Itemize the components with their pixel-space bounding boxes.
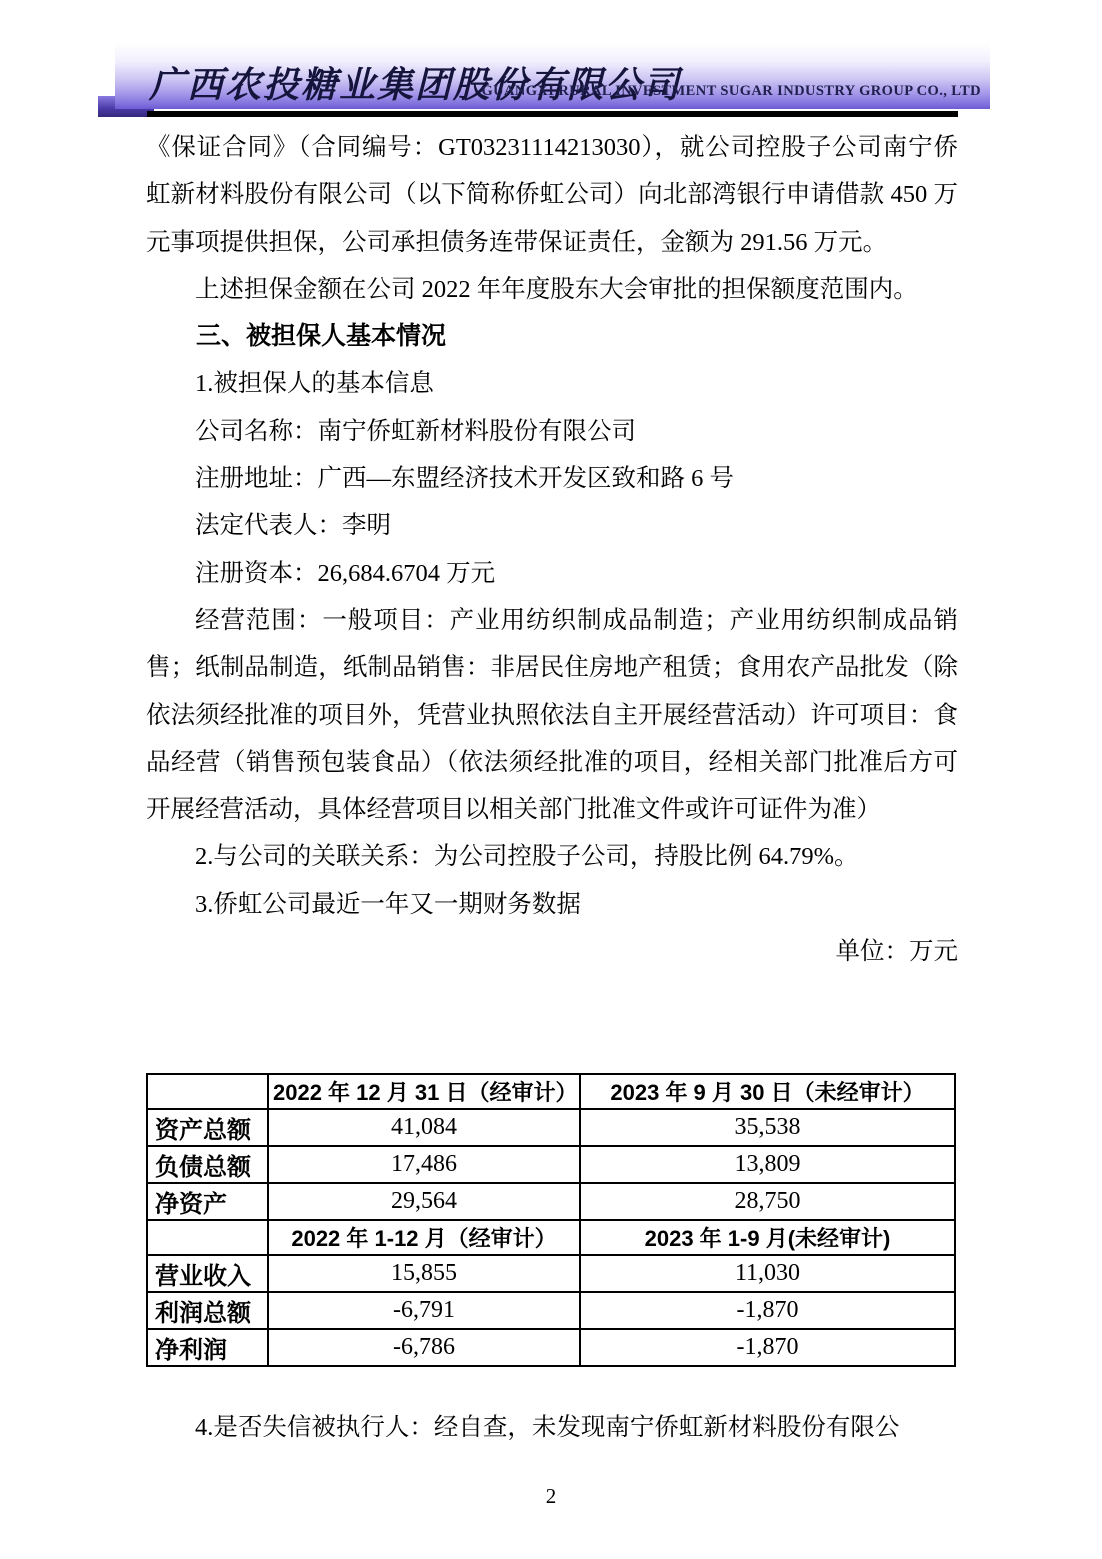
table-cell <box>147 1074 268 1109</box>
table-cell: 资产总额 <box>147 1109 268 1146</box>
paragraph-business-scope: 经营范围：一般项目：产业用纺织制成品制造；产业用纺织制成品销售；纸制品制造，纸制… <box>146 597 958 833</box>
table-cell: -1,870 <box>580 1292 955 1329</box>
table-cell: 17,486 <box>268 1146 580 1183</box>
table-cell: 2023 年 9 月 30 日（未经审计） <box>580 1074 955 1109</box>
table-cell: -1,870 <box>580 1329 955 1366</box>
table-cell: 2023 年 1-9 月(未经审计) <box>580 1220 955 1255</box>
header-banner: 广西农投糖业集团股份有限公司 GUANGXI RURAL INVESTMENT … <box>115 43 990 109</box>
financial-table: 2022 年 12 月 31 日（经审计） 2023 年 9 月 30 日（未经… <box>146 1073 956 1367</box>
unit-label: 单位：万元 <box>146 928 958 975</box>
company-name-en: GUANGXI RURAL INVESTMENT SUGAR INDUSTRY … <box>481 83 981 100</box>
table-cell <box>147 1220 268 1255</box>
paragraph-quota: 上述担保金额在公司 2022 年年度股东大会审批的担保额度范围内。 <box>146 266 958 313</box>
table-cell: 29,564 <box>268 1183 580 1220</box>
table-header-row: 2022 年 1-12 月（经审计） 2023 年 1-9 月(未经审计) <box>147 1220 955 1255</box>
item-legal-rep: 法定代表人：李明 <box>146 502 958 549</box>
paragraph-contract: 《保证合同》（合同编号：GT03231114213030），就公司控股子公司南宁… <box>146 124 958 266</box>
document-body: 《保证合同》（合同编号：GT03231114213030），就公司控股子公司南宁… <box>146 124 958 975</box>
table-cell: -6,786 <box>268 1329 580 1366</box>
table-cell: 11,030 <box>580 1255 955 1292</box>
table-cell: -6,791 <box>268 1292 580 1329</box>
paragraph-relationship: 2.与公司的关联关系：为公司控股子公司，持股比例 64.79%。 <box>146 833 958 880</box>
table-cell: 营业收入 <box>147 1255 268 1292</box>
table-cell: 28,750 <box>580 1183 955 1220</box>
paragraph-dishonest: 4.是否失信被执行人：经自查，未发现南宁侨虹新材料股份有限公 <box>146 1404 958 1451</box>
item-basic-info: 1.被担保人的基本信息 <box>146 360 958 407</box>
paragraph-financial-data: 3.侨虹公司最近一年又一期财务数据 <box>146 881 958 928</box>
table-row: 净资产 29,564 28,750 <box>147 1183 955 1220</box>
table-row: 利润总额 -6,791 -1,870 <box>147 1292 955 1329</box>
item-reg-capital: 注册资本：26,684.6704 万元 <box>146 550 958 597</box>
table-row: 负债总额 17,486 13,809 <box>147 1146 955 1183</box>
table-cell: 2022 年 1-12 月（经审计） <box>268 1220 580 1255</box>
table-row: 营业收入 15,855 11,030 <box>147 1255 955 1292</box>
item-company-name: 公司名称：南宁侨虹新材料股份有限公司 <box>146 408 958 455</box>
table-cell: 2022 年 12 月 31 日（经审计） <box>268 1074 580 1109</box>
table-cell: 利润总额 <box>147 1292 268 1329</box>
page-number: 2 <box>0 1484 1102 1509</box>
table-header-row: 2022 年 12 月 31 日（经审计） 2023 年 9 月 30 日（未经… <box>147 1074 955 1109</box>
document-page: 广西农投糖业集团股份有限公司 GUANGXI RURAL INVESTMENT … <box>0 0 1102 1559</box>
table-cell: 净资产 <box>147 1183 268 1220</box>
table-cell: 负债总额 <box>147 1146 268 1183</box>
table-row: 资产总额 41,084 35,538 <box>147 1109 955 1146</box>
table-cell: 35,538 <box>580 1109 955 1146</box>
section-heading: 三、被担保人基本情况 <box>146 313 958 360</box>
table-row: 净利润 -6,786 -1,870 <box>147 1329 955 1366</box>
table-cell: 净利润 <box>147 1329 268 1366</box>
table-cell: 13,809 <box>580 1146 955 1183</box>
table-cell: 15,855 <box>268 1255 580 1292</box>
item-address: 注册地址：广西—东盟经济技术开发区致和路 6 号 <box>146 455 958 502</box>
header-rule <box>147 111 958 117</box>
table-cell: 41,084 <box>268 1109 580 1146</box>
